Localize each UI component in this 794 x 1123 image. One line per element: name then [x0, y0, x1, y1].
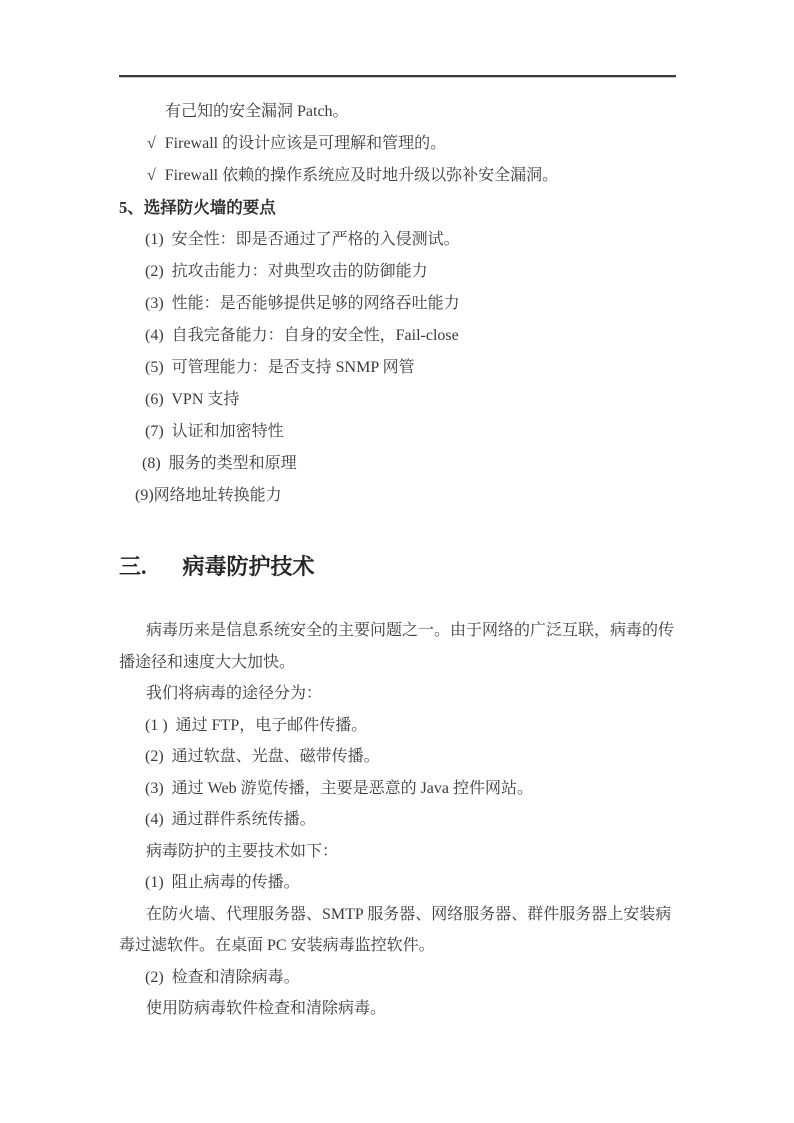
paragraph-line: 播途径和速度大大加快。 [119, 647, 676, 679]
list-item: (6) VPN 支持 [119, 384, 676, 416]
list-item: (1) 安全性：即是否通过了严格的入侵测试。 [119, 224, 676, 256]
continuation-line: 有己知的安全漏洞 Patch。 [119, 96, 676, 128]
paragraph-line: 我们将病毒的途径分为： [119, 678, 676, 710]
paragraph-line: 病毒防护的主要技术如下： [119, 836, 676, 868]
list-item: (7) 认证和加密特性 [119, 416, 676, 448]
chapter-title: 病毒防护技术 [183, 548, 315, 585]
list-item: (4) 自我完备能力：自身的安全性，Fail-close [119, 320, 676, 352]
list-item: (8) 服务的类型和原理 [119, 448, 676, 480]
paragraph-line: 在防火墙、代理服务器、SMTP 服务器、网络服务器、群件服务器上安装病 [119, 899, 676, 931]
list-item: (2) 通过软盘、光盘、磁带传播。 [119, 741, 676, 773]
list-item: (2) 检查和清除病毒。 [119, 962, 676, 994]
list-item: (3) 性能：是否能够提供足够的网络吞吐能力 [119, 288, 676, 320]
paragraph-line: 毒过滤软件。在桌面 PC 安装病毒监控软件。 [119, 930, 676, 962]
header-divider [119, 75, 676, 78]
list-item: (1) 阻止病毒的传播。 [119, 867, 676, 899]
paragraph-line: 使用防病毒软件检查和清除病毒。 [119, 993, 676, 1025]
check-item: √Firewall 的设计应该是可理解和管理的。 [119, 128, 676, 160]
page-content: 有己知的安全漏洞 Patch。 √Firewall 的设计应该是可理解和管理的。… [119, 96, 676, 1025]
list-item: (4) 通过群件系统传播。 [119, 804, 676, 836]
list-item: (1 ) 通过 FTP，电子邮件传播。 [119, 710, 676, 742]
checkmark-icon: √ [147, 128, 156, 160]
checkmark-icon: √ [147, 160, 156, 192]
paragraph-line: 病毒历来是信息系统安全的主要问题之一。由于网络的广泛互联，病毒的传 [119, 615, 676, 647]
chapter-number: 三. [119, 548, 147, 585]
list-item: (5) 可管理能力：是否支持 SNMP 网管 [119, 352, 676, 384]
check-item-text: Firewall 的设计应该是可理解和管理的。 [165, 135, 446, 152]
list-item: (3) 通过 Web 游览传播，主要是恶意的 Java 控件网站。 [119, 773, 676, 805]
list-item: (9)网络地址转换能力 [119, 480, 676, 512]
document-page: 有己知的安全漏洞 Patch。 √Firewall 的设计应该是可理解和管理的。… [0, 0, 794, 1123]
check-item-text: Firewall 依赖的操作系统应及时地升级以弥补安全漏洞。 [165, 167, 558, 184]
subsection-heading: 5、选择防火墙的要点 [119, 192, 676, 224]
chapter-heading: 三. 病毒防护技术 [119, 548, 676, 585]
check-item: √Firewall 依赖的操作系统应及时地升级以弥补安全漏洞。 [119, 160, 676, 192]
list-item: (2) 抗攻击能力：对典型攻击的防御能力 [119, 256, 676, 288]
